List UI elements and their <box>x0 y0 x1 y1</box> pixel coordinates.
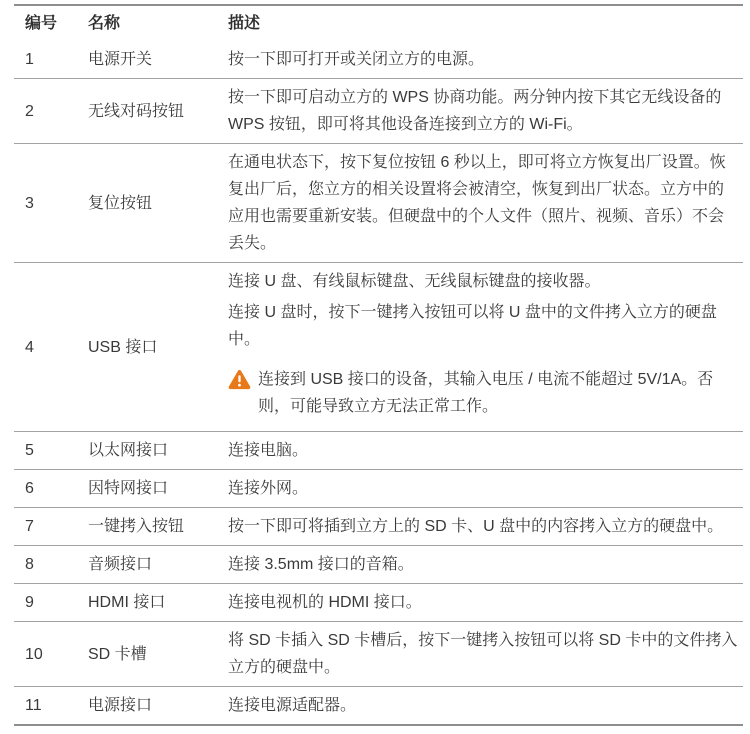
row-name-cell: 以太网接口 <box>88 432 228 469</box>
row-desc-cell: 连接电视机的 HDMI 接口。 <box>228 584 743 621</box>
row-desc-cell: 连接外网。 <box>228 470 743 507</box>
row-number-cell: 9 <box>14 584 88 621</box>
row-desc-cell: 按一下即可打开或关闭立方的电源。 <box>228 41 743 78</box>
desc-paragraph: 连接电脑。 <box>228 437 739 464</box>
desc-paragraph: 在通电状态下，按下复位按钮 6 秒以上，即可将立方恢复出厂设置。恢复出厂后，您立… <box>228 149 739 257</box>
row-name-cell: 电源接口 <box>88 687 228 724</box>
row-name-cell: 音频接口 <box>88 546 228 583</box>
warning-note: 连接到 USB 接口的设备，其输入电压 / 电流不能超过 5V/1A。否则，可能… <box>228 366 739 420</box>
table-row: 2无线对码按钮按一下即可启动立方的 WPS 协商功能。两分钟内按下其它无线设备的… <box>14 78 743 143</box>
header-number: 编号 <box>14 6 88 41</box>
row-desc-cell: 按一下即可启动立方的 WPS 协商功能。两分钟内按下其它无线设备的 WPS 按钮… <box>228 79 743 143</box>
row-number-cell: 6 <box>14 470 88 507</box>
row-name-cell: HDMI 接口 <box>88 584 228 621</box>
device-ports-table: 编号 名称 描述 1电源开关按一下即可打开或关闭立方的电源。2无线对码按钮按一下… <box>14 4 743 726</box>
desc-paragraph: 连接电视机的 HDMI 接口。 <box>228 589 739 616</box>
table-row: 7一键拷入按钮按一下即可将插到立方上的 SD 卡、U 盘中的内容拷入立方的硬盘中… <box>14 507 743 545</box>
row-number-cell: 11 <box>14 687 88 724</box>
row-name-cell: 无线对码按钮 <box>88 93 228 130</box>
row-number-cell: 3 <box>14 185 88 222</box>
row-name-cell: USB 接口 <box>88 329 228 366</box>
row-desc-cell: 将 SD 卡插入 SD 卡槽后，按下一键拷入按钮可以将 SD 卡中的文件拷入立方… <box>228 622 743 686</box>
row-number-cell: 4 <box>14 329 88 366</box>
table-row: 6因特网接口连接外网。 <box>14 469 743 507</box>
desc-paragraph: 按一下即可打开或关闭立方的电源。 <box>228 46 739 73</box>
row-desc-cell: 连接 3.5mm 接口的音箱。 <box>228 546 743 583</box>
desc-paragraph: 将 SD 卡插入 SD 卡槽后，按下一键拷入按钮可以将 SD 卡中的文件拷入立方… <box>228 627 739 681</box>
row-name-cell: 因特网接口 <box>88 470 228 507</box>
desc-paragraph: 按一下即可将插到立方上的 SD 卡、U 盘中的内容拷入立方的硬盘中。 <box>228 513 739 540</box>
table-header-row: 编号 名称 描述 <box>14 6 743 41</box>
table-body: 1电源开关按一下即可打开或关闭立方的电源。2无线对码按钮按一下即可启动立方的 W… <box>14 41 743 724</box>
row-number-cell: 5 <box>14 432 88 469</box>
table-row: 8音频接口连接 3.5mm 接口的音箱。 <box>14 545 743 583</box>
warning-icon <box>228 369 251 390</box>
desc-paragraph: 连接电源适配器。 <box>228 692 739 719</box>
table-row: 9HDMI 接口连接电视机的 HDMI 接口。 <box>14 583 743 621</box>
row-number-cell: 10 <box>14 636 88 673</box>
row-number-cell: 7 <box>14 508 88 545</box>
table-row: 4USB 接口连接 U 盘、有线鼠标键盘、无线鼠标键盘的接收器。连接 U 盘时，… <box>14 262 743 431</box>
row-number-cell: 2 <box>14 93 88 130</box>
desc-paragraph: 连接 U 盘时，按下一键拷入按钮可以将 U 盘中的文件拷入立方的硬盘中。 <box>228 299 739 353</box>
table-row: 11电源接口连接电源适配器。 <box>14 686 743 724</box>
header-desc: 描述 <box>228 6 743 41</box>
row-desc-cell: 连接 U 盘、有线鼠标键盘、无线鼠标键盘的接收器。连接 U 盘时，按下一键拷入按… <box>228 263 743 431</box>
table-row: 5以太网接口连接电脑。 <box>14 431 743 469</box>
row-name-cell: 一键拷入按钮 <box>88 508 228 545</box>
desc-paragraph: 连接 U 盘、有线鼠标键盘、无线鼠标键盘的接收器。 <box>228 268 739 295</box>
table-row: 3复位按钮在通电状态下，按下复位按钮 6 秒以上，即可将立方恢复出厂设置。恢复出… <box>14 143 743 262</box>
row-number-cell: 8 <box>14 546 88 583</box>
table-row: 10SD 卡槽将 SD 卡插入 SD 卡槽后，按下一键拷入按钮可以将 SD 卡中… <box>14 621 743 686</box>
row-desc-cell: 按一下即可将插到立方上的 SD 卡、U 盘中的内容拷入立方的硬盘中。 <box>228 508 743 545</box>
warning-text: 连接到 USB 接口的设备，其输入电压 / 电流不能超过 5V/1A。否则，可能… <box>258 366 739 420</box>
row-number-cell: 1 <box>14 41 88 78</box>
manual-page: 编号 名称 描述 1电源开关按一下即可打开或关闭立方的电源。2无线对码按钮按一下… <box>0 0 750 734</box>
row-name-cell: 电源开关 <box>88 41 228 78</box>
row-name-cell: 复位按钮 <box>88 185 228 222</box>
row-desc-cell: 连接电源适配器。 <box>228 687 743 724</box>
desc-paragraph: 连接外网。 <box>228 475 739 502</box>
row-desc-cell: 在通电状态下，按下复位按钮 6 秒以上，即可将立方恢复出厂设置。恢复出厂后，您立… <box>228 144 743 262</box>
table-row: 1电源开关按一下即可打开或关闭立方的电源。 <box>14 41 743 78</box>
desc-paragraph: 按一下即可启动立方的 WPS 协商功能。两分钟内按下其它无线设备的 WPS 按钮… <box>228 84 739 138</box>
row-desc-cell: 连接电脑。 <box>228 432 743 469</box>
desc-paragraph: 连接 3.5mm 接口的音箱。 <box>228 551 739 578</box>
header-name: 名称 <box>88 6 228 41</box>
row-name-cell: SD 卡槽 <box>88 636 228 673</box>
